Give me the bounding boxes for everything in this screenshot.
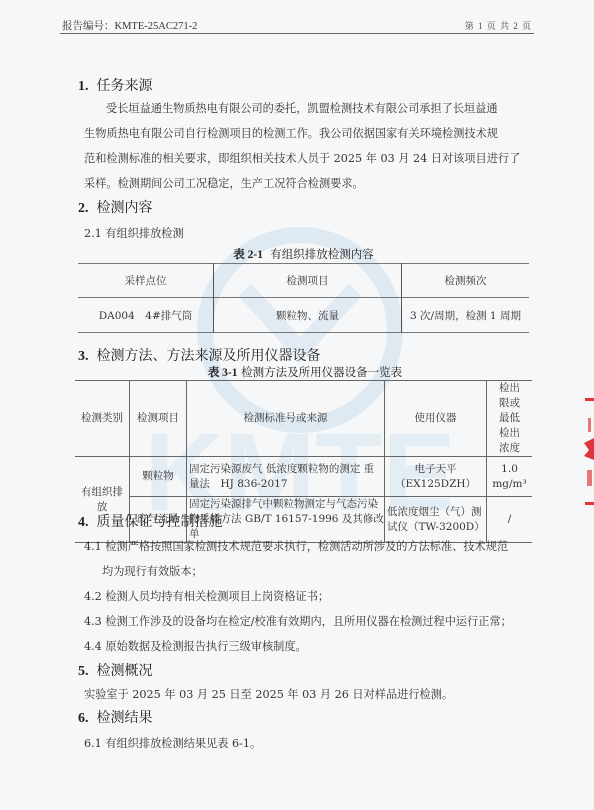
report-number: 报告编号：KMTE-25AC271-2 [62,18,197,33]
section-number: 4. [78,515,89,530]
section-number: 1. [78,79,89,94]
section-2-heading: 2.检测内容 [78,197,153,217]
caption-text: 检测方法及所用仪器设备一览表 [241,365,402,379]
table-cell: 低浓度烟尘（气）测试仪（TW-3200D） [385,497,487,543]
section-5-text: 实验室于 2025 年 03 月 25 日至 2025 年 03 月 26 日对… [84,686,453,702]
subsection-2-1: 2.1 有组织排放检测 [84,225,184,241]
section-number: 2. [78,201,89,216]
qa-item-4-3: 4.3 检测工作涉及的设备均在检定/校准有效期内，且所用仪器在检测过程中运行正常… [84,613,512,629]
table-header-cell: 检测标准号或来源 [187,381,385,457]
table-cell: 电子天平（EX125DZH） [385,457,487,497]
caption-text: 有组织排放检测内容 [270,247,374,261]
table-cell: 3 次/周期，检测 1 周期 [402,298,530,333]
page-info: 第 1 页 共 2 页 [465,19,532,32]
table-cell: DA004 4#排气筒 [78,298,214,333]
table-cell: 固定污染源废气 低浓度颗粒物的测定 重量法 HJ 836-2017 [187,457,385,497]
header-divider [60,33,534,34]
section-title: 检测结果 [97,710,153,726]
section-4-heading: 4.质量保证与控制措施 [78,511,223,531]
table-header-cell: 检测项目 [130,381,187,457]
section-5-heading: 5.检测概况 [78,660,153,680]
section-number: 6. [78,711,89,726]
section-title: 质量保证与控制措施 [97,514,223,530]
caption-prefix: 表 3-1 [208,367,238,379]
section-title: 检测内容 [97,200,153,216]
table-2-1-caption: 表 2-1 有组织排放检测内容 [78,246,529,262]
section-6-text: 6.1 有组织排放检测结果见表 6-1。 [84,735,261,751]
table-header-cell: 检测类别 [75,381,130,457]
table-2-1: 采样点位 检测项目 检测频次 DA004 4#排气筒 颗粒物、流量 3 次/周期… [78,263,529,333]
official-seal-stamp [583,398,594,506]
table-row: 有组织排放 颗粒物 固定污染源废气 低浓度颗粒物的测定 重量法 HJ 836-2… [75,457,532,497]
section-number: 5. [78,664,89,679]
table-header-cell: 检测频次 [402,264,530,298]
qa-item-4-1: 4.1 检测严格按照国家检测技术规范要求执行，检测活动所涉及的方法标准、技术规范 [84,538,508,554]
paragraph-line: 范和检测标准的相关要求，即组织相关技术人员于 2025 年 03 月 24 日对… [84,150,520,166]
qa-item-4-4: 4.4 原始数据及检测报告执行三级审核制度。 [84,638,307,654]
table-header-cell: 检出限或最低检出浓度 [487,381,532,457]
table-header-cell: 检测项目 [214,264,402,298]
paragraph-line: 受长垣益通生物质热电有限公司的委托，凯盟检测技术有限公司承担了长垣益通 [106,100,498,116]
table-header-cell: 采样点位 [78,264,214,298]
qa-item-4-1-cont: 均为现行有效版本； [102,563,203,579]
section-title: 检测概况 [97,663,153,679]
section-number: 3. [78,349,89,364]
section-1-heading: 1.任务来源 [78,75,153,95]
table-cell: 颗粒物、流量 [214,298,402,333]
table-cell: / [487,497,532,543]
section-title: 任务来源 [97,78,153,94]
table-cell: 颗粒物 [130,457,187,497]
table-3-1-caption: 表 3-1 检测方法及所用仪器设备一览表 [78,364,532,380]
paragraph-line: 采样。检测期间公司工况稳定，生产工况符合检测要求。 [84,175,364,191]
table-row: DA004 4#排气筒 颗粒物、流量 3 次/周期，检测 1 周期 [78,298,529,333]
caption-prefix: 表 2-1 [233,249,263,261]
qa-item-4-2: 4.2 检测人员均持有相关检测项目上岗资格证书； [84,588,329,604]
section-6-heading: 6.检测结果 [78,707,153,727]
section-title: 检测方法、方法来源及所用仪器设备 [97,348,321,364]
section-3-heading: 3.检测方法、方法来源及所用仪器设备 [78,345,321,365]
table-cell: 1.0 mg/m³ [487,457,532,497]
table-header-cell: 使用仪器 [385,381,487,457]
paragraph-line: 生物质热电有限公司自行检测项目的检测工作。我公司依据国家有关环境检测技术规 [84,125,498,141]
